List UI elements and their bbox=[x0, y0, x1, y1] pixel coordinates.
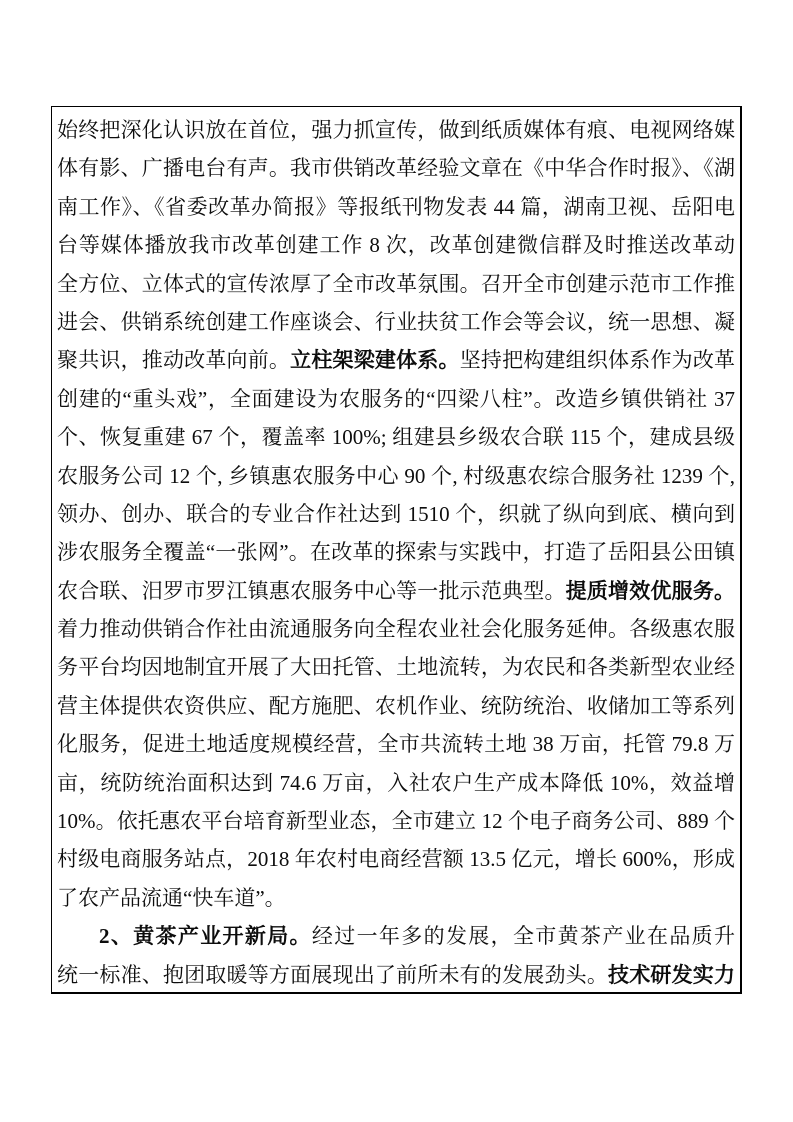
text-segment: 体有影、广播电台有声。我市供销改革经验文章在《中华合作时报》、《湖 bbox=[57, 156, 735, 180]
text-segment: 全方位、立体式的宣传浓厚了全市改革氛围。召开全市创建示范市工作推 bbox=[57, 272, 735, 296]
text-line: 南工作》、《省委改革办简报》等报纸刊物发表 44 篇，湖南卫视、岳阳电视 bbox=[57, 188, 735, 226]
bold-heading: 提质增效优服务。 bbox=[566, 579, 735, 603]
text-segment: 坚持把构建组织体系作为改革 bbox=[460, 348, 735, 372]
text-segment: 创建的“重头戏”，全面建设为农服务的“四梁八柱”。改造乡镇供销社 37 bbox=[57, 387, 735, 411]
text-line: 创建的“重头戏”，全面建设为农服务的“四梁八柱”。改造乡镇供销社 37 bbox=[57, 380, 735, 418]
text-line: 台等媒体播放我市改革创建工作 8 次，改革创建微信群及时推送改革动态。 bbox=[57, 226, 735, 264]
text-line: 化服务，促进土地适度规模经营，全市共流转土地 38 万亩，托管 79.8 万 bbox=[57, 725, 735, 763]
text-segment: 了农产品流通“快车道”。 bbox=[57, 886, 286, 910]
text-segment: 台等媒体播放我市改革创建工作 8 次，改革创建微信群及时推送改革动态。 bbox=[57, 233, 735, 264]
text-segment: 化服务，促进土地适度规模经营，全市共流转土地 38 万亩，托管 79.8 万 bbox=[57, 732, 735, 756]
bold-heading: 立柱架梁建体系。 bbox=[290, 348, 460, 372]
text-line: 进会、供销系统创建工作座谈会、行业扶贫工作会等会议，统一思想、凝 bbox=[57, 303, 735, 341]
text-segment: 村级电商服务站点，2018 年农村电商经营额 13.5 亿元，增长 600%，形… bbox=[57, 847, 735, 871]
text-segment: 进会、供销系统创建工作座谈会、行业扶贫工作会等会议，统一思想、凝 bbox=[57, 310, 735, 334]
body-text: 始终把深化认识放在首位，强力抓宣传，做到纸质媒体有痕、电视网络媒体有影、广播电台… bbox=[57, 111, 735, 994]
text-line: 10%。依托惠农平台培育新型业态，全市建立 12 个电子商务公司、889 个乡 bbox=[57, 802, 735, 840]
text-line: 统一标准、抱团取暖等方面展现出了前所未有的发展劲头。技术研发实力 bbox=[57, 956, 735, 994]
text-line: 了农产品流通“快车道”。 bbox=[57, 879, 735, 917]
text-line: 2、黄茶产业开新局。经过一年多的发展，全市黄茶产业在品质升级、 bbox=[57, 917, 735, 955]
text-line: 亩，统防统治面积达到 74.6 万亩，入社农户生产成本降低 10%，效益增加 bbox=[57, 764, 735, 802]
text-segment: 个、恢复重建 67 个，覆盖率 100%; 组建县乡级农合联 115 个，建成县… bbox=[57, 425, 735, 456]
text-segment: 农合联、汨罗市罗江镇惠农服务中心等一批示范典型。 bbox=[57, 579, 566, 603]
text-line: 全方位、立体式的宣传浓厚了全市改革氛围。召开全市创建示范市工作推 bbox=[57, 265, 735, 303]
document-page: 始终把深化认识放在首位，强力抓宣传，做到纸质媒体有痕、电视网络媒体有影、广播电台… bbox=[0, 0, 793, 1122]
text-segment: 聚共识，推动改革向前。 bbox=[57, 348, 290, 372]
text-segment: 统一标准、抱团取暖等方面展现出了前所未有的发展劲头。 bbox=[57, 963, 608, 987]
text-segment: 农服务公司 12 个, 乡镇惠农服务中心 90 个, 村级惠农综合服务社 123… bbox=[57, 464, 735, 488]
bold-heading: 技术研发实力 bbox=[608, 963, 735, 987]
text-line: 村级电商服务站点，2018 年农村电商经营额 13.5 亿元，增长 600%，形… bbox=[57, 840, 735, 878]
text-segment: 亩，统防统治面积达到 74.6 万亩，入社农户生产成本降低 10%，效益增加 bbox=[57, 771, 735, 802]
text-line: 营主体提供农资供应、配方施肥、农机作业、统防统治、收储加工等系列 bbox=[57, 687, 735, 725]
text-line: 农服务公司 12 个, 乡镇惠农服务中心 90 个, 村级惠农综合服务社 123… bbox=[57, 457, 735, 495]
text-line: 领办、创办、联合的专业合作社达到 1510 个，织就了纵向到底、横向到边 bbox=[57, 495, 735, 533]
text-segment: 务平台均因地制宜开展了大田托管、土地流转，为农民和各类新型农业经 bbox=[57, 655, 735, 679]
text-segment: 着力推动供销合作社由流通服务向全程农业社会化服务延伸。各级惠农服 bbox=[57, 617, 735, 641]
text-line: 涉农服务全覆盖“一张网”。在改革的探索与实践中，打造了岳阳县公田镇 bbox=[57, 533, 735, 571]
text-line: 始终把深化认识放在首位，强力抓宣传，做到纸质媒体有痕、电视网络媒 bbox=[57, 111, 735, 149]
text-segment: 南工作》、《省委改革办简报》等报纸刊物发表 44 篇，湖南卫视、岳阳电视 bbox=[57, 195, 735, 226]
text-line: 农合联、汨罗市罗江镇惠农服务中心等一批示范典型。提质增效优服务。 bbox=[57, 572, 735, 610]
text-segment: 10%。依托惠农平台培育新型业态，全市建立 12 个电子商务公司、889 个乡 bbox=[57, 809, 735, 840]
table-cell-border: 始终把深化认识放在首位，强力抓宣传，做到纸质媒体有痕、电视网络媒体有影、广播电台… bbox=[51, 106, 742, 994]
text-line: 务平台均因地制宜开展了大田托管、土地流转，为农民和各类新型农业经 bbox=[57, 648, 735, 686]
bold-heading: 2、黄茶产业开新局。 bbox=[99, 924, 312, 948]
text-line: 着力推动供销合作社由流通服务向全程农业社会化服务延伸。各级惠农服 bbox=[57, 610, 735, 648]
text-segment: 始终把深化认识放在首位，强力抓宣传，做到纸质媒体有痕、电视网络媒 bbox=[57, 118, 735, 142]
text-line: 个、恢复重建 67 个，覆盖率 100%; 组建县乡级农合联 115 个，建成县… bbox=[57, 418, 735, 456]
text-segment: 营主体提供农资供应、配方施肥、农机作业、统防统治、收储加工等系列 bbox=[57, 694, 735, 718]
text-segment: 涉农服务全覆盖“一张网”。在改革的探索与实践中，打造了岳阳县公田镇 bbox=[57, 540, 735, 564]
text-segment: 领办、创办、联合的专业合作社达到 1510 个，织就了纵向到底、横向到边 bbox=[57, 502, 735, 533]
text-line: 体有影、广播电台有声。我市供销改革经验文章在《中华合作时报》、《湖 bbox=[57, 149, 735, 187]
text-line: 聚共识，推动改革向前。立柱架梁建体系。坚持把构建组织体系作为改革 bbox=[57, 341, 735, 379]
